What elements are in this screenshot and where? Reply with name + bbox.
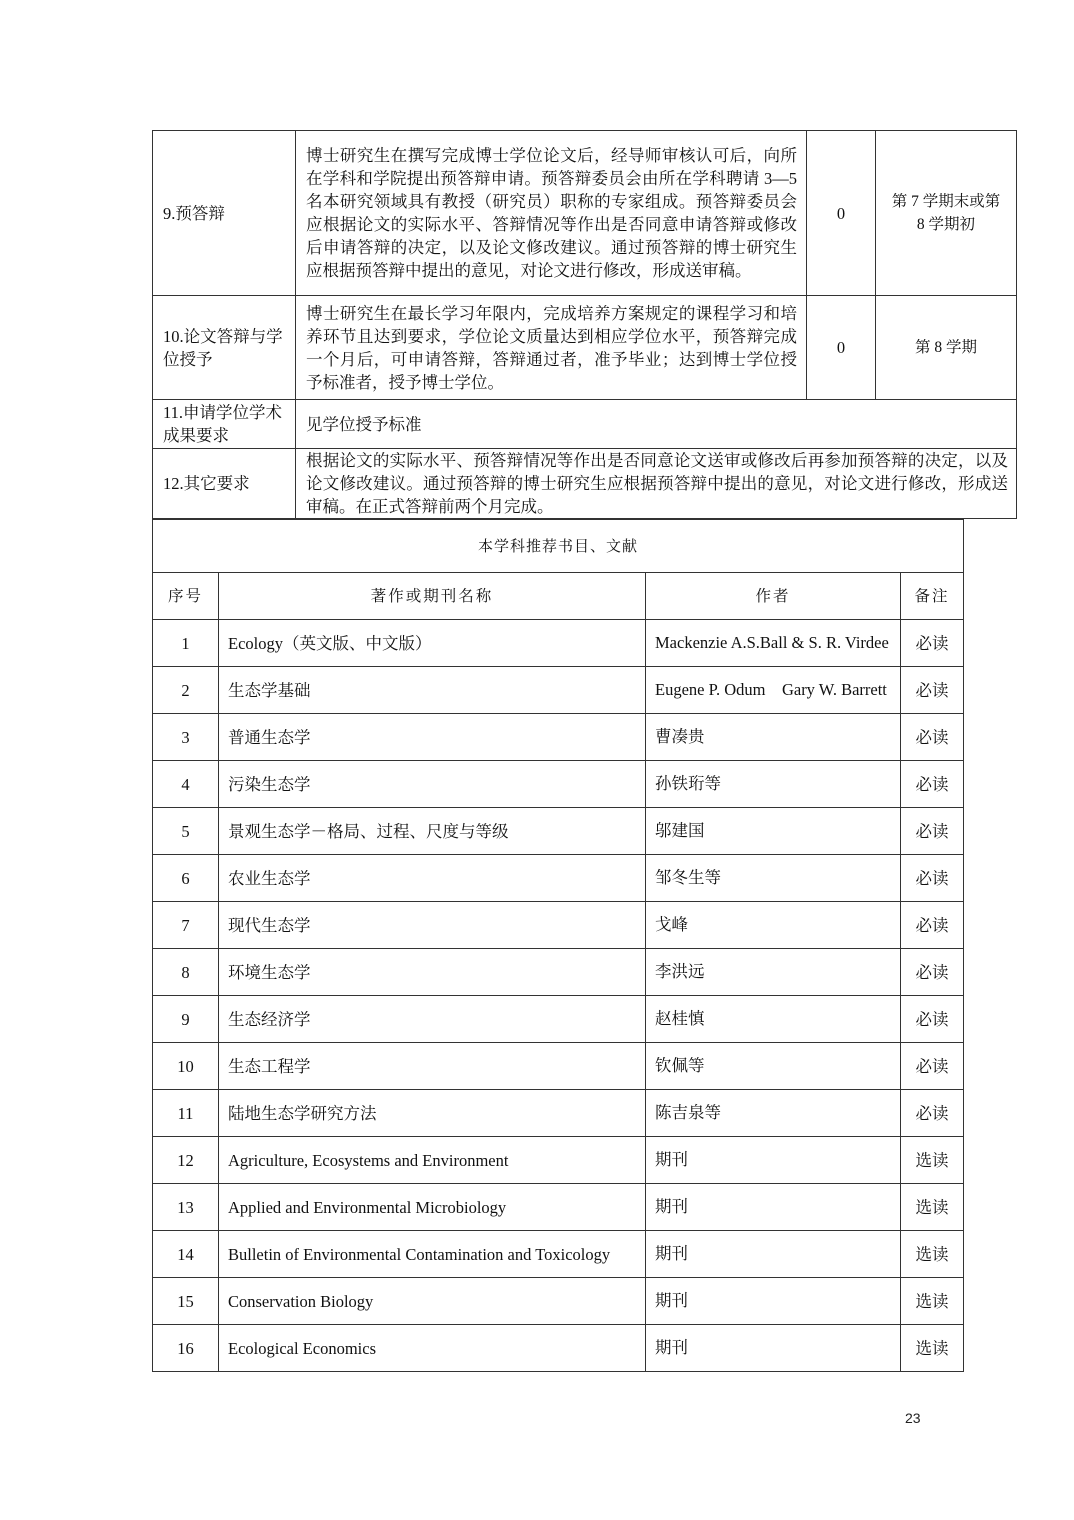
requirement-desc: 博士研究生在最长学习年限内，完成培养方案规定的课程学习和培养环节且达到要求，学位… [296,296,807,400]
row-author: 期刊 [646,1325,901,1372]
row-title: 现代生态学 [219,902,646,949]
requirement-row: 12.其它要求 根据论文的实际水平、预答辩情况等作出是否同意论文送审或修改后再参… [153,449,1017,519]
requirement-credits: 0 [807,296,876,400]
row-number: 14 [153,1231,219,1278]
row-number: 5 [153,808,219,855]
row-title: 普通生态学 [219,714,646,761]
page-number: 23 [905,1410,921,1426]
row-remark: 必读 [901,949,964,996]
row-number: 4 [153,761,219,808]
row-number: 11 [153,1090,219,1137]
row-author: 期刊 [646,1137,901,1184]
row-title: Ecology（英文版、中文版） [219,620,646,667]
row-number: 9 [153,996,219,1043]
row-number: 15 [153,1278,219,1325]
row-remark: 选读 [901,1325,964,1372]
row-remark: 必读 [901,667,964,714]
row-author: 期刊 [646,1278,901,1325]
table-row: 4污染生态学孙铁珩等必读 [153,761,964,808]
table-row: 15Conservation Biology期刊选读 [153,1278,964,1325]
row-remark: 选读 [901,1231,964,1278]
row-remark: 必读 [901,855,964,902]
row-number: 3 [153,714,219,761]
row-remark: 必读 [901,1043,964,1090]
row-remark: 选读 [901,1137,964,1184]
table-row: 13Applied and Environmental Microbiology… [153,1184,964,1231]
row-title: 生态工程学 [219,1043,646,1090]
row-author: 李洪远 [646,949,901,996]
section-title-row: 本学科推荐书目、文献 [153,520,964,573]
row-number: 7 [153,902,219,949]
row-author: Mackenzie A.S.Ball & S. R. Virdee [646,620,901,667]
requirement-credits: 0 [807,131,876,296]
row-title: 环境生态学 [219,949,646,996]
row-remark: 选读 [901,1184,964,1231]
requirement-row: 11.申请学位学术成果要求 见学位授予标准 [153,400,1017,449]
requirement-row: 9.预答辩 博士研究生在撰写完成博士学位论文后，经导师审核认可后，向所在学科和学… [153,131,1017,296]
header-remark: 备注 [901,573,964,620]
row-title: 陆地生态学研究方法 [219,1090,646,1137]
requirement-term: 第 8 学期 [876,296,1017,400]
row-number: 13 [153,1184,219,1231]
header-author: 作者 [646,573,901,620]
header-no: 序号 [153,573,219,620]
row-remark: 必读 [901,620,964,667]
row-title: 生态经济学 [219,996,646,1043]
row-author: 曹凑贵 [646,714,901,761]
row-remark: 必读 [901,808,964,855]
row-number: 8 [153,949,219,996]
requirement-item: 10.论文答辩与学位授予 [153,296,296,400]
table-row: 8环境生态学李洪远必读 [153,949,964,996]
row-author: 戈峰 [646,902,901,949]
references-body: 1Ecology（英文版、中文版）Mackenzie A.S.Ball & S.… [153,620,964,1372]
section-title: 本学科推荐书目、文献 [153,520,964,573]
row-author: 孙铁珩等 [646,761,901,808]
row-number: 6 [153,855,219,902]
requirement-item: 9.预答辩 [153,131,296,296]
training-requirements-table: 9.预答辩 博士研究生在撰写完成博士学位论文后，经导师审核认可后，向所在学科和学… [152,130,1017,519]
row-remark: 必读 [901,761,964,808]
row-author: 期刊 [646,1231,901,1278]
row-title: 污染生态学 [219,761,646,808]
row-remark: 必读 [901,1090,964,1137]
row-author: 邬建国 [646,808,901,855]
table-row: 3普通生态学曹凑贵必读 [153,714,964,761]
row-title: Conservation Biology [219,1278,646,1325]
row-author: 陈吉泉等 [646,1090,901,1137]
requirement-item: 12.其它要求 [153,449,296,519]
requirement-item: 11.申请学位学术成果要求 [153,400,296,449]
row-title: 生态学基础 [219,667,646,714]
row-number: 12 [153,1137,219,1184]
table-row: 14Bulletin of Environmental Contaminatio… [153,1231,964,1278]
row-author: 邹冬生等 [646,855,901,902]
table-row: 12Agriculture, Ecosystems and Environmen… [153,1137,964,1184]
row-number: 2 [153,667,219,714]
row-remark: 必读 [901,902,964,949]
table-row: 11陆地生态学研究方法陈吉泉等必读 [153,1090,964,1137]
requirement-term: 第 7 学期末或第 8 学期初 [876,131,1017,296]
requirement-desc: 博士研究生在撰写完成博士学位论文后，经导师审核认可后，向所在学科和学院提出预答辩… [296,131,807,296]
references-table: 本学科推荐书目、文献 序号 著作或期刊名称 作者 备注 1Ecology（英文版… [152,519,964,1372]
table-row: 5景观生态学－格局、过程、尺度与等级邬建国必读 [153,808,964,855]
table-row: 16Ecological Economics期刊选读 [153,1325,964,1372]
row-remark: 必读 [901,714,964,761]
requirement-desc: 根据论文的实际水平、预答辩情况等作出是否同意论文送审或修改后再参加预答辩的决定，… [296,449,1017,519]
row-remark: 必读 [901,996,964,1043]
row-author: 钦佩等 [646,1043,901,1090]
row-author: 赵桂慎 [646,996,901,1043]
row-author: Eugene P. Odum Gary W. Barrett [646,667,901,714]
table-row: 1Ecology（英文版、中文版）Mackenzie A.S.Ball & S.… [153,620,964,667]
row-title: 农业生态学 [219,855,646,902]
table-row: 10生态工程学钦佩等必读 [153,1043,964,1090]
table-row: 7现代生态学戈峰必读 [153,902,964,949]
table-row: 2生态学基础Eugene P. Odum Gary W. Barrett必读 [153,667,964,714]
row-remark: 选读 [901,1278,964,1325]
table-header-row: 序号 著作或期刊名称 作者 备注 [153,573,964,620]
header-title: 著作或期刊名称 [219,573,646,620]
row-title: Applied and Environmental Microbiology [219,1184,646,1231]
table-row: 9生态经济学赵桂慎必读 [153,996,964,1043]
row-title: Bulletin of Environmental Contamination … [219,1231,646,1278]
row-title: Agriculture, Ecosystems and Environment [219,1137,646,1184]
row-title: 景观生态学－格局、过程、尺度与等级 [219,808,646,855]
requirement-desc: 见学位授予标准 [296,400,1017,449]
row-author: 期刊 [646,1184,901,1231]
row-number: 10 [153,1043,219,1090]
row-title: Ecological Economics [219,1325,646,1372]
requirement-row: 10.论文答辩与学位授予 博士研究生在最长学习年限内，完成培养方案规定的课程学习… [153,296,1017,400]
table-row: 6农业生态学邹冬生等必读 [153,855,964,902]
row-number: 16 [153,1325,219,1372]
row-number: 1 [153,620,219,667]
